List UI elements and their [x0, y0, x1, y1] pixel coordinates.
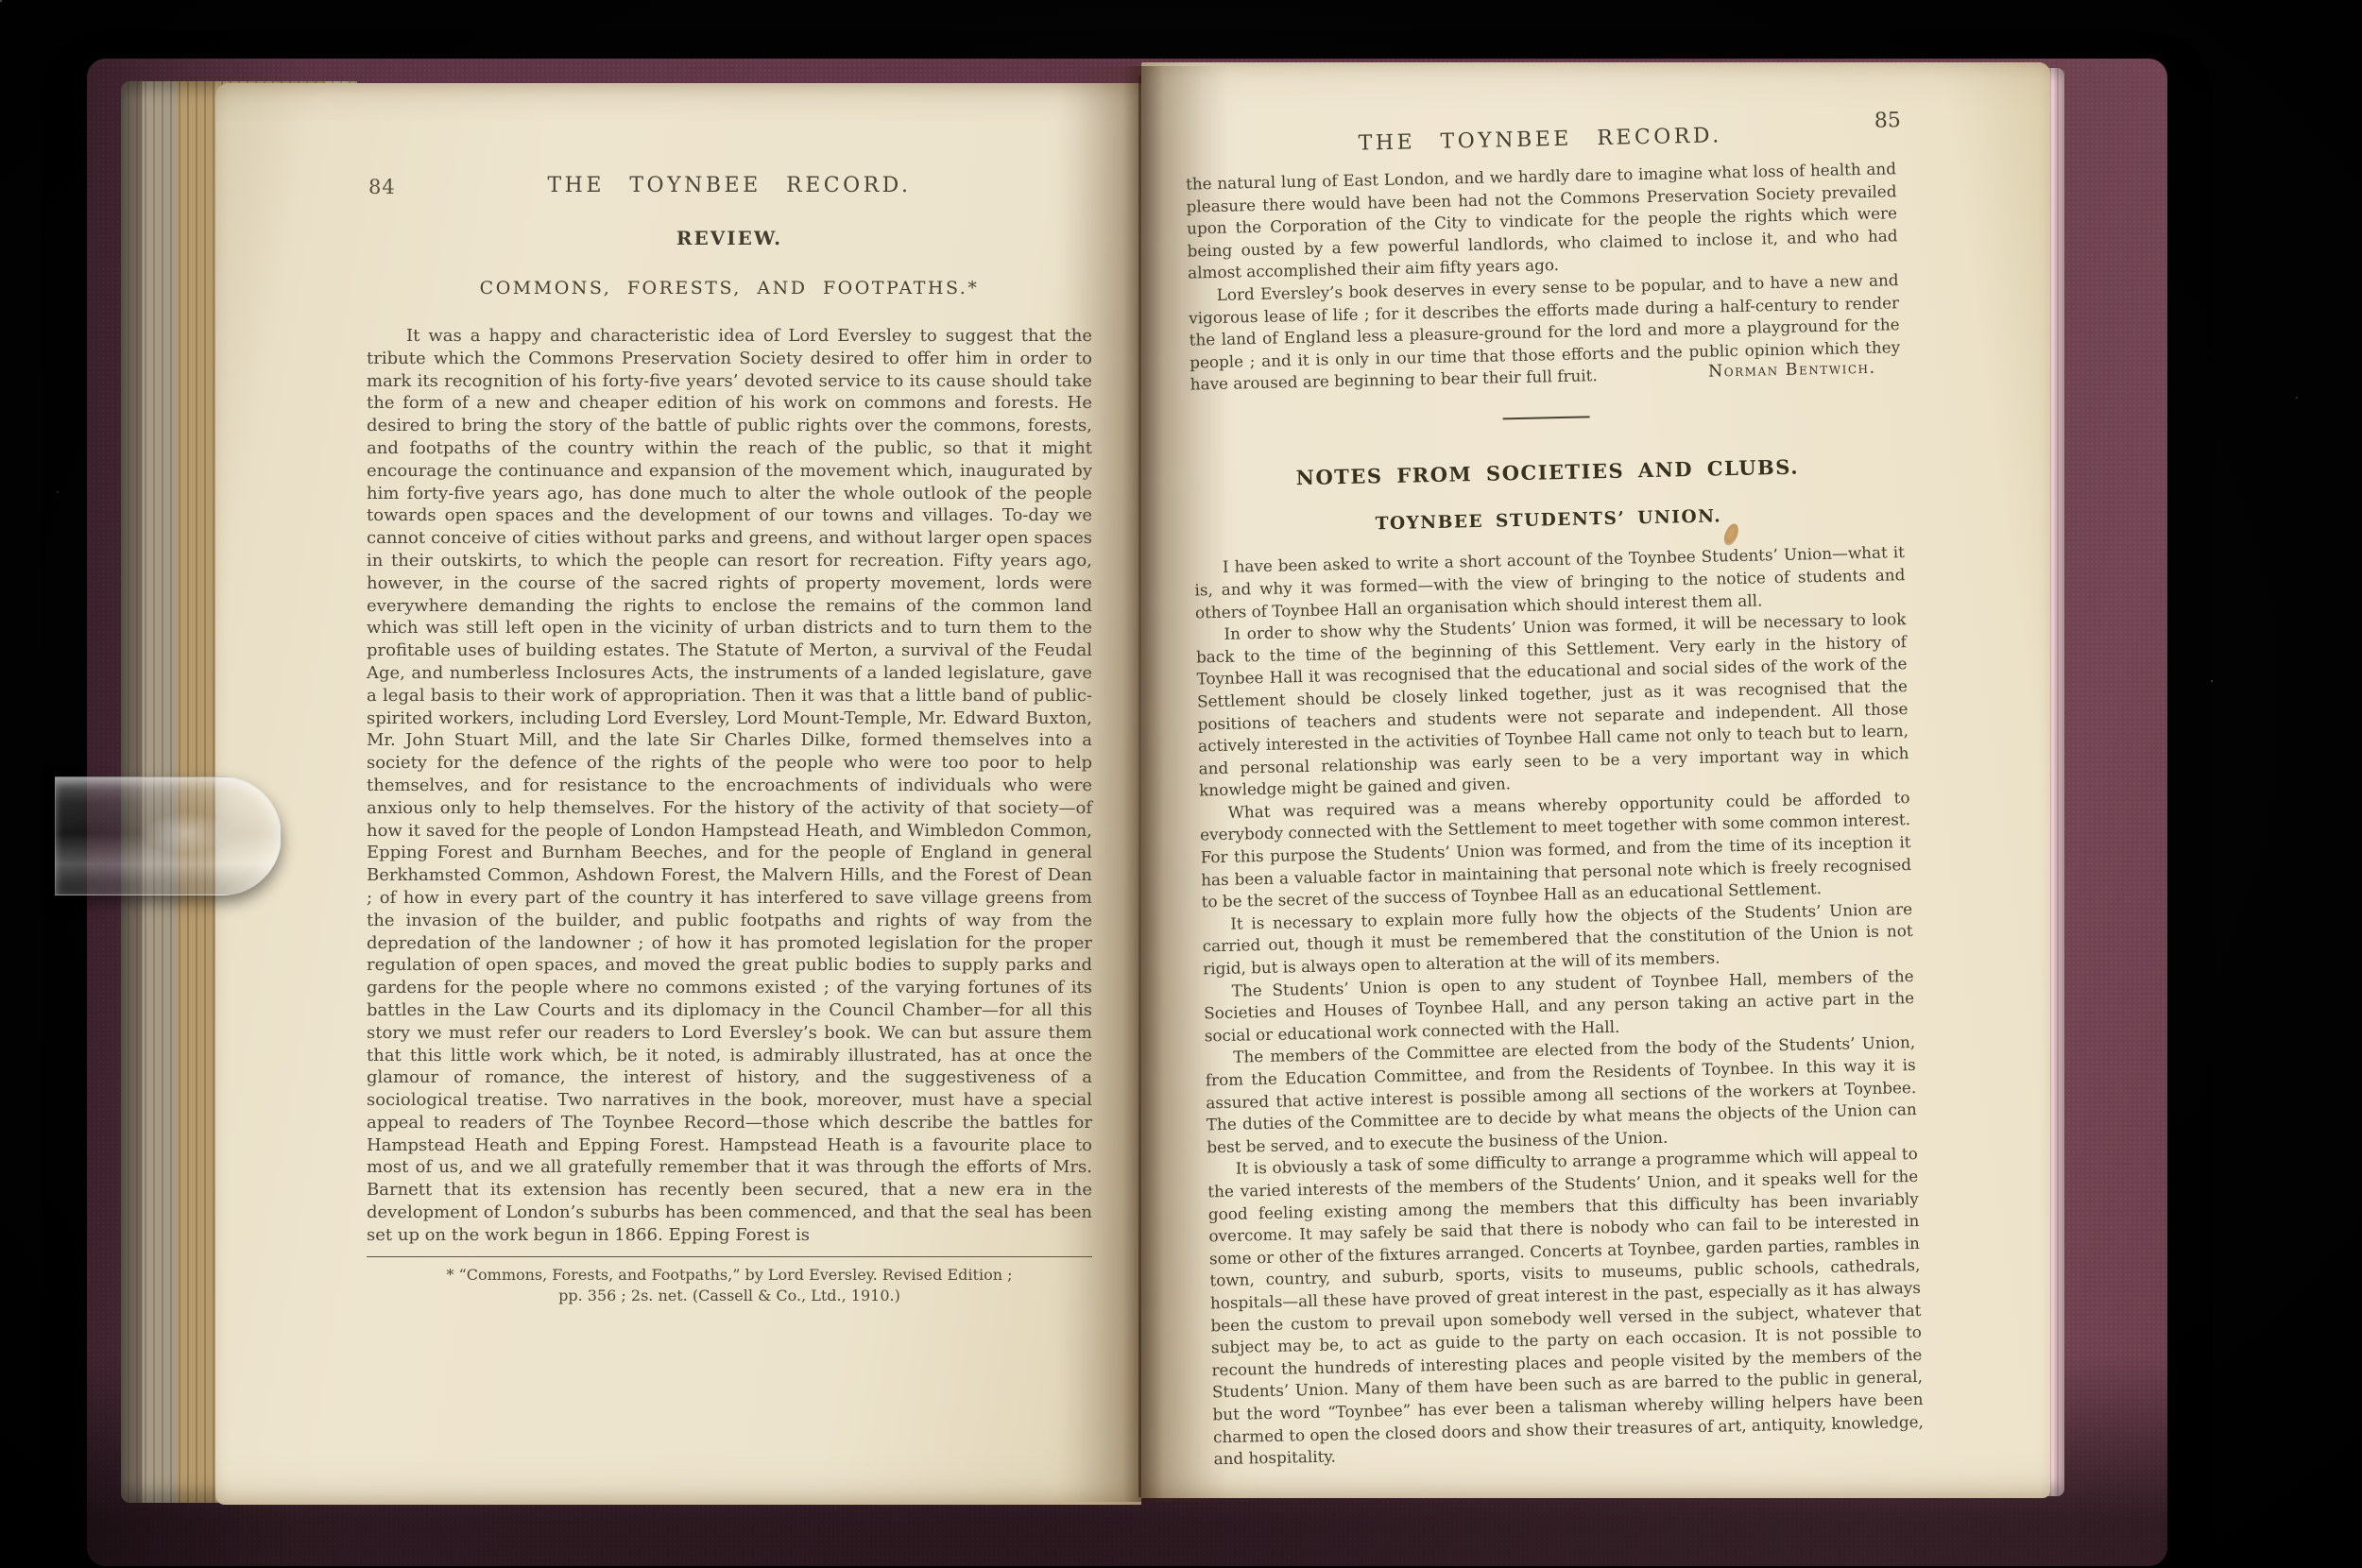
union-body-text: I have been asked to write a short accou… — [1194, 541, 1925, 1471]
right-page-content: THE TOYNBEE RECORD. 85 the natural lung … — [1185, 120, 1925, 1471]
union-article-heading: TOYNBEE STUDENTS’ UNION. — [1193, 503, 1904, 537]
paragraph: It is obviously a task of some difficult… — [1207, 1143, 1925, 1471]
photo-scene: 84 THE TOYNBEE RECORD. REVIEW. COMMONS, … — [0, 0, 2362, 1568]
right-page-number: 85 — [1874, 109, 1902, 133]
footnote-rule — [367, 1256, 1092, 1257]
left-running-head: THE TOYNBEE RECORD. — [367, 174, 1092, 197]
right-page: THE TOYNBEE RECORD. 85 the natural lung … — [1141, 62, 2050, 1498]
notes-section-heading: NOTES FROM SOCIETIES AND CLUBS. — [1192, 452, 1903, 491]
left-page-header: 84 THE TOYNBEE RECORD. — [367, 174, 1092, 206]
paragraph: What was required was a means whereby op… — [1199, 787, 1911, 913]
review-section-heading: REVIEW. — [367, 227, 1092, 249]
review-article-heading: COMMONS, FORESTS, AND FOOTPATHS.* — [367, 278, 1092, 298]
paragraph: In order to show why the Students’ Union… — [1195, 608, 1909, 802]
review-body-text: It was a happy and characteristic idea o… — [367, 325, 1092, 1247]
paragraph: the natural lung of East London, and we … — [1186, 158, 1898, 284]
left-page: 84 THE TOYNBEE RECORD. REVIEW. COMMONS, … — [215, 83, 1141, 1505]
left-page-number: 84 — [368, 176, 396, 198]
footnote: * “Commons, Forests, and Footpaths,” by … — [367, 1265, 1092, 1306]
glass-page-weight-glint — [142, 812, 232, 854]
paragraph: The members of the Committee are elected… — [1205, 1031, 1917, 1158]
footnote-line-1: * “Commons, Forests, and Footpaths,” by … — [367, 1265, 1092, 1286]
footnote-line-2: pp. 356 ; 2s. net. (Cassell & Co., Ltd.,… — [367, 1286, 1092, 1306]
section-divider-rule — [1503, 417, 1590, 420]
right-running-head: THE TOYNBEE RECORD. — [1185, 120, 1895, 159]
gutter-crease — [1138, 76, 1141, 1497]
dust-specks — [0, 0, 2, 2]
left-page-content: 84 THE TOYNBEE RECORD. REVIEW. COMMONS, … — [367, 174, 1092, 1306]
